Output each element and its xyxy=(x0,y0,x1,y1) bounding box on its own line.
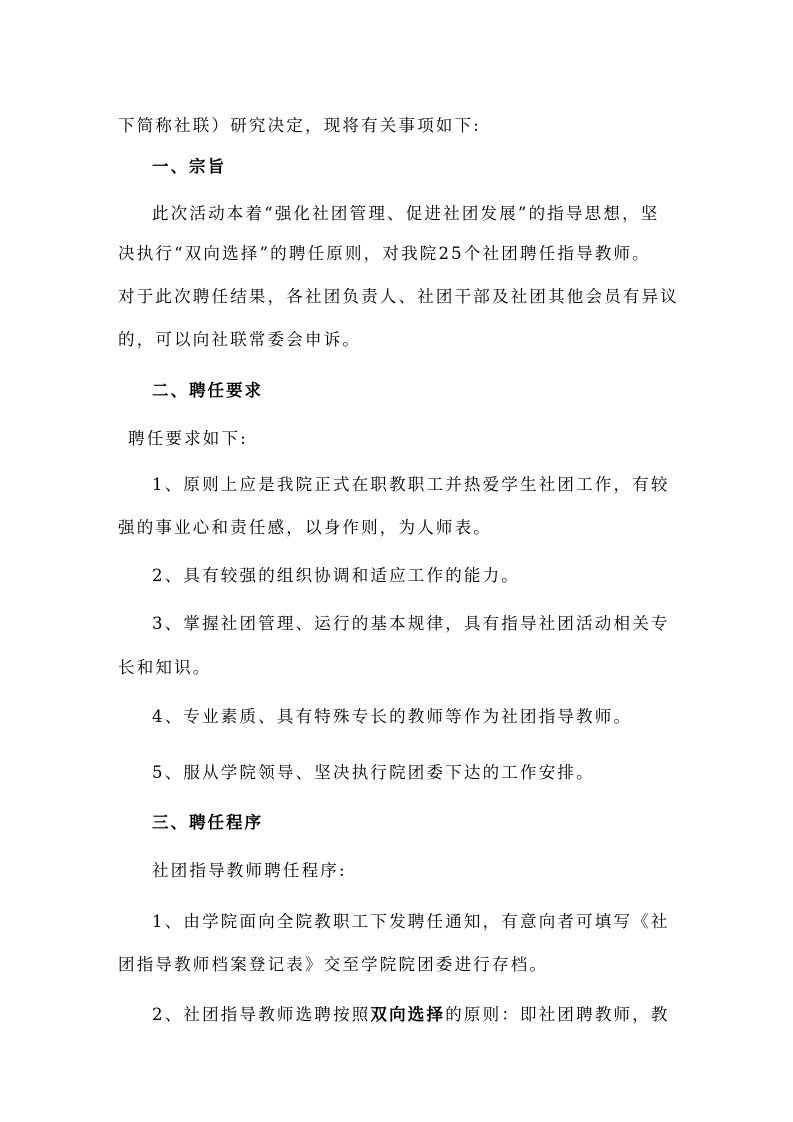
section-heading-requirements: 二、聘任要求 xyxy=(152,381,263,401)
list-item: 3、掌握社团管理、运行的基本规律，具有指导社团活动相关专 xyxy=(152,614,670,634)
list-item: 5、服从学院领导、坚决执行院团委下达的工作安排。 xyxy=(152,763,595,783)
procedure-intro: 社团指导教师聘任程序: xyxy=(152,861,347,881)
list-item: 2、具有较强的组织协调和适应工作的能力。 xyxy=(152,566,520,586)
text: 2、社团指导教师选聘按照 xyxy=(152,1005,370,1024)
paragraph-line: 决执行“双向选择”的聘任原则，对我院25个社团聘任指导教师。 xyxy=(118,244,651,264)
list-item-continuation: 长和知识。 xyxy=(118,658,212,678)
requirements-intro: 聘任要求如下: xyxy=(128,429,248,449)
list-item: 1、原则上应是我院正式在职教职工并热爱学生社团工作，有较 xyxy=(152,475,670,495)
list-item-continuation: 团指导教师档案登记表》交至学院院团委进行存档。 xyxy=(118,955,548,975)
section-heading-purpose: 一、宗旨 xyxy=(152,157,226,177)
paragraph-line: 的，可以向社联常委会申诉。 xyxy=(118,330,361,350)
list-item-continuation: 强的事业心和责任感，以身作则，为人师表。 xyxy=(118,518,492,538)
bold-emphasis: 双向选择 xyxy=(370,1005,445,1024)
text: 的原则：即社团聘教师，教 xyxy=(445,1005,669,1024)
list-item: 2、社团指导教师选聘按照双向选择的原则：即社团聘教师，教 xyxy=(152,1005,670,1025)
list-item: 4、专业素质、具有特殊专长的教师等作为社团指导教师。 xyxy=(152,707,632,727)
paragraph-line: 对于此次聘任结果，各社团负责人、社团干部及社团其他会员有异议 xyxy=(118,287,679,307)
list-item: 1、由学院面向全院教职工下发聘任通知，有意向者可填写《社 xyxy=(152,912,670,932)
section-heading-procedure: 三、聘任程序 xyxy=(152,813,263,833)
intro-tail: 下简称社联）研究决定，现将有关事项如下: xyxy=(118,116,481,136)
paragraph-line: 此次活动本着“强化社团管理、促进社团发展”的指导思想，坚 xyxy=(152,204,659,224)
